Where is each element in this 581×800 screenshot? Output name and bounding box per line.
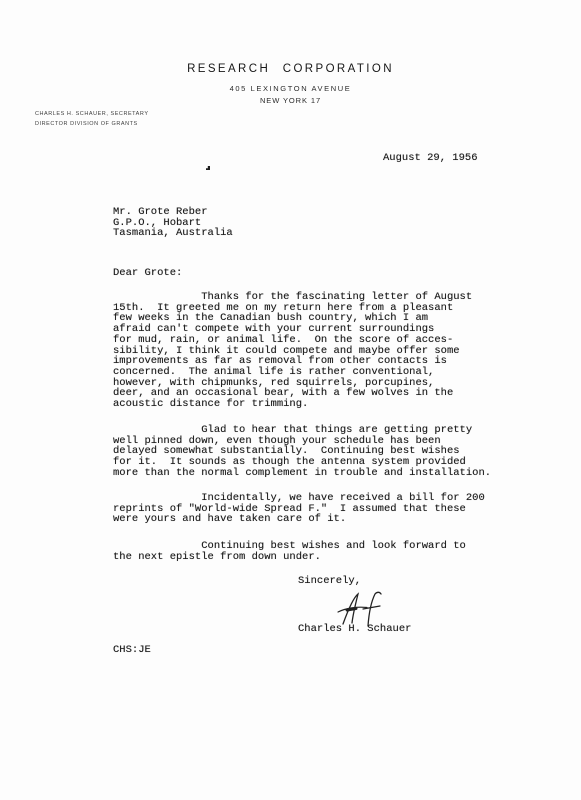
body-paragraph-2: Glad to hear that things are getting pre…: [113, 425, 491, 479]
letter-page: RESEARCH CORPORATION 405 LEXINGTON AVENU…: [0, 0, 581, 800]
valediction: Sincerely,: [298, 576, 361, 587]
recipient-address-block: Mr. Grote ReberG.P.O., HobartTasmania, A…: [113, 207, 233, 239]
salutation: Dear Grote:: [113, 268, 182, 279]
body-paragraph-4: Continuing best wishes and look forward …: [113, 541, 466, 562]
signer-name: Charles H. Schauer: [298, 624, 411, 635]
letterhead-city: NEW YORK 17: [0, 96, 581, 105]
letterhead-company-name: RESEARCH CORPORATION: [0, 63, 581, 75]
stray-pen-mark: [206, 166, 210, 170]
letterhead-officer-line1: CHARLES H. SCHAUER, SECRETARY: [35, 111, 149, 117]
letterhead-officer-block: CHARLES H. SCHAUER, SECRETARYDIRECTOR DI…: [35, 109, 185, 129]
typist-reference: CHS:JE: [113, 645, 151, 656]
letterhead-officer-line2: DIRECTOR DIVISION OF GRANTS: [35, 121, 138, 127]
recipient-country: Tasmania, Australia: [113, 227, 233, 239]
letterhead-street-address: 405 LEXINGTON AVENUE: [0, 84, 581, 93]
body-paragraph-1: Thanks for the fascinating letter of Aug…: [113, 292, 472, 410]
letter-date: August 29, 1956: [383, 153, 478, 164]
body-paragraph-3: Incidentally, we have received a bill fo…: [113, 493, 485, 525]
